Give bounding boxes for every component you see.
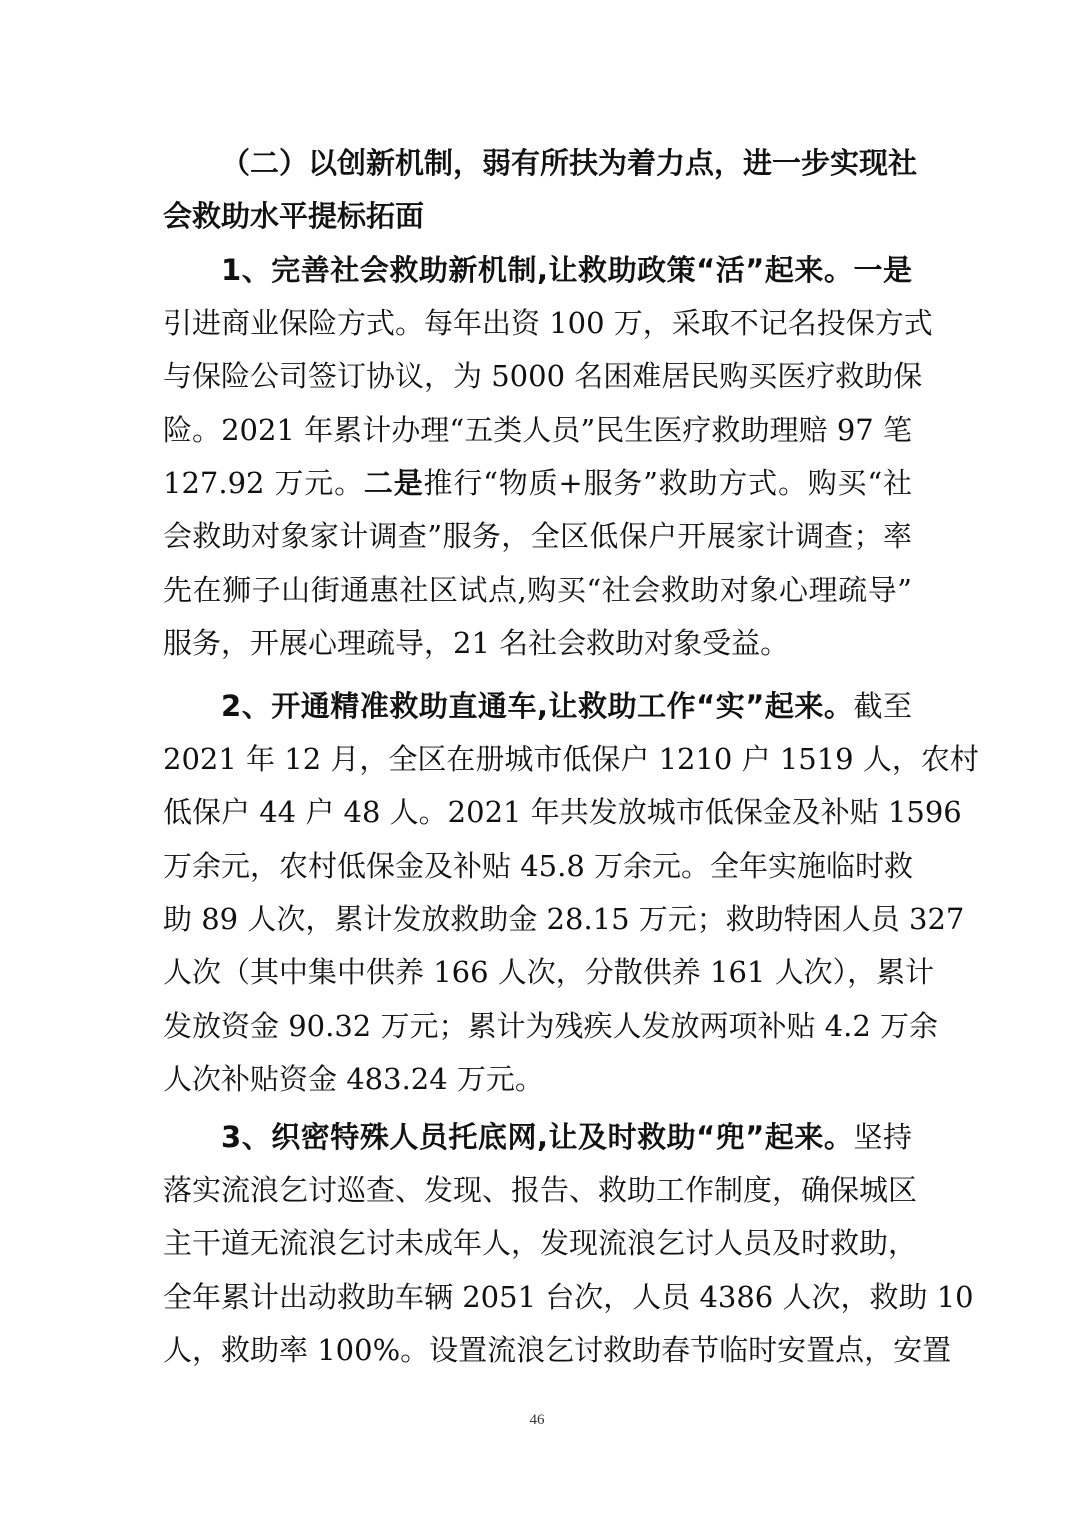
item-1-line-6: 会救助对象家计调查”服务，全区低保户开展家计调查；率 [163, 516, 912, 556]
item-2-line-2: 2021 年 12 月，全区在册城市低保户 1210 户 1519 人，农村 [163, 739, 912, 779]
item-2-line-8: 人次补贴资金 483.24 万元。 [163, 1059, 912, 1099]
item-2-line-7: 发放资金 90.32 万元；累计为残疾人发放两项补贴 4.2 万余 [163, 1006, 912, 1046]
document-page: （二）以创新机制，弱有所扶为着力点，进一步实现社 会救助水平提标拓面 1、完善社… [0, 0, 1074, 1520]
item-1-line-4: 险。2021 年累计办理“五类人员”民生医疗救助理赔 97 笔 [163, 410, 912, 450]
item-1-line-1: 1、完善社会救助新机制,让救助政策“活”起来。一是 [221, 250, 912, 290]
item-3-heading: 3、织密特殊人员托底网,让及时救助“兜”起来。 [221, 1120, 853, 1154]
item-3-line-4: 全年累计出动救助车辆 2051 台次，人员 4386 人次，救助 10 [163, 1277, 912, 1317]
item-1-line-5: 127.92 万元。二是推行“物质+服务”救助方式。购买“社 [163, 463, 912, 503]
section-heading-line-2: 会救助水平提标拓面 [163, 196, 912, 236]
item-2-line-1-text: 截至 [853, 689, 912, 723]
item-1-heading: 1、完善社会救助新机制,让救助政策“活”起来。一是 [221, 253, 912, 287]
item-1-line-2: 引进商业保险方式。每年出资 100 万，采取不记名投保方式 [163, 303, 912, 343]
item-3-line-5: 人，救助率 100%。设置流浪乞讨救助春节临时安置点，安置 [163, 1330, 912, 1370]
item-3-line-1: 3、织密特殊人员托底网,让及时救助“兜”起来。坚持 [221, 1117, 912, 1157]
item-2-heading: 2、开通精准救助直通车,让救助工作“实”起来。 [221, 689, 853, 723]
item-3-line-1-text: 坚持 [853, 1120, 912, 1154]
item-1-line-7: 先在狮子山街通惠社区试点,购买“社会救助对象心理疏导” [163, 570, 912, 610]
item-3-line-2: 落实流浪乞讨巡查、发现、报告、救助工作制度，确保城区 [163, 1170, 912, 1210]
item-3-line-3: 主干道无流浪乞讨未成年人，发现流浪乞讨人员及时救助， [163, 1223, 912, 1263]
section-heading-line-1: （二）以创新机制，弱有所扶为着力点，进一步实现社 [221, 143, 912, 183]
item-2-line-1: 2、开通精准救助直通车,让救助工作“实”起来。截至 [221, 686, 912, 726]
item-2-line-4: 万余元，农村低保金及补贴 45.8 万余元。全年实施临时救 [163, 846, 912, 886]
item-1-line-5-pre: 127.92 万元。 [163, 466, 364, 500]
item-2-line-5: 助 89 人次，累计发放救助金 28.15 万元；救助特困人员 327 [163, 899, 912, 939]
item-1-second-point-label: 二是 [364, 466, 424, 500]
item-2-line-3: 低保户 44 户 48 人。2021 年共发放城市低保金及补贴 1596 [163, 792, 912, 832]
item-1-line-3: 与保险公司签订协议，为 5000 名困难居民购买医疗救助保 [163, 356, 912, 396]
item-1-line-8: 服务，开展心理疏导，21 名社会救助对象受益。 [163, 623, 912, 663]
item-1-line-5-text: 推行“物质+服务”救助方式。购买“社 [424, 466, 912, 500]
item-2-line-6: 人次（其中集中供养 166 人次，分散供养 161 人次），累计 [163, 952, 912, 992]
page-number: 46 [0, 1412, 1074, 1429]
